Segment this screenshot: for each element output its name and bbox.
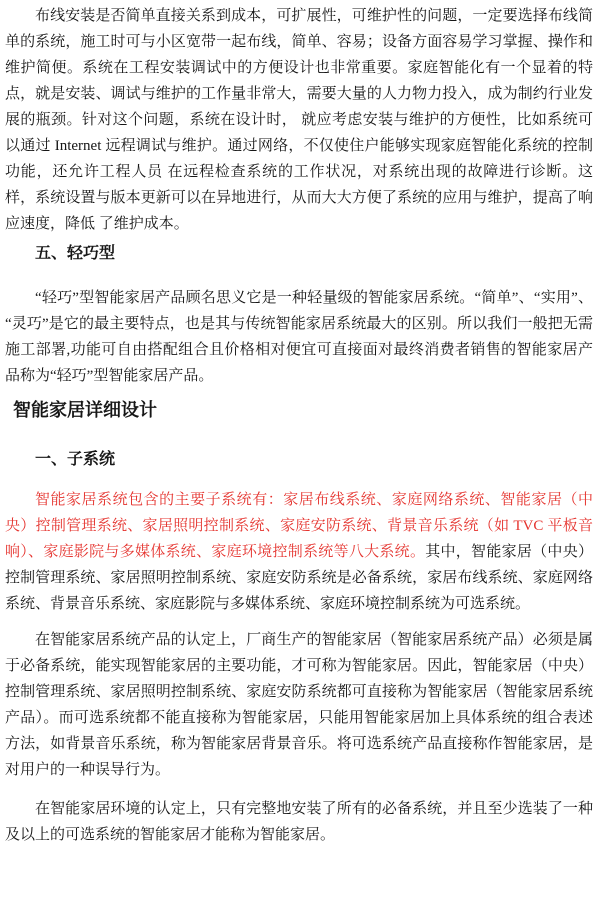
document-page: 布线安装是否简单直接关系到成本，可扩展性，可维护性的问题，一定要选择布线简单的系… [0,0,600,897]
paragraph-environment-certification: 在智能家居环境的认定上，只有完整地安装了所有的必备系统，并且至少选装了一种及以上… [5,796,593,848]
paragraph-lightweight-description: “轻巧”型智能家居产品顾名思义它是一种轻量级的智能家居系统。“简单”、“实用”、… [5,285,593,389]
heading-smart-home-detailed-design: 智能家居详细设计 [13,396,593,424]
paragraph-product-certification: 在智能家居系统产品的认定上，厂商生产的智能家居（智能家居系统产品）必须是属于必备… [5,627,593,783]
heading-subsystems: 一、子系统 [5,447,593,473]
heading-lightweight-type: 五、轻巧型 [5,241,593,267]
paragraph-wiring-installation: 布线安装是否简单直接关系到成本，可扩展性，可维护性的问题，一定要选择布线简单的系… [5,3,593,237]
paragraph-subsystems: 智能家居系统包含的主要子系统有：家居布线系统、家庭网络系统、智能家居（中央）控制… [5,487,593,617]
